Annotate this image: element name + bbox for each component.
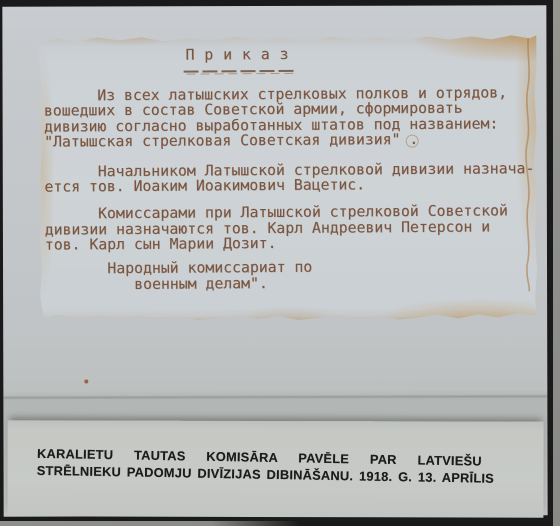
punch-ring-mark xyxy=(406,135,419,148)
caption: KARALIETU TAUTAS KOMISĀRA PAVĒLE PAR LAT… xyxy=(7,420,544,487)
document-paragraph-3: Комиссарами при Латышской стрелковой Сов… xyxy=(45,204,538,254)
board-seam-line xyxy=(3,395,547,398)
document-paragraph-2: Начальником Латышской стрелковой дивизии… xyxy=(44,161,537,195)
photo-margin-right xyxy=(553,0,560,526)
title-underline xyxy=(184,70,295,75)
photo-margin-bottom xyxy=(0,521,300,526)
document-signature-block: Народный комиссариат по военным делам". xyxy=(45,258,538,294)
document-text: П р и к а з Из всех латышских стрелковых… xyxy=(39,31,538,294)
document-title: П р и к а з xyxy=(185,44,536,64)
document-paper: П р и к а з Из всех латышских стрелковых… xyxy=(39,33,537,320)
document-paragraph-1: Из всех латышских стрелковых полков и от… xyxy=(44,85,537,150)
exhibit-photo: П р и к а з Из всех латышских стрелковых… xyxy=(0,0,560,526)
caption-card: KARALIETU TAUTAS KOMISĀRA PAVĒLE PAR LAT… xyxy=(7,420,543,517)
display-board: П р и к а з Из всех латышских стрелковых… xyxy=(2,5,547,516)
board-speck xyxy=(84,379,88,383)
